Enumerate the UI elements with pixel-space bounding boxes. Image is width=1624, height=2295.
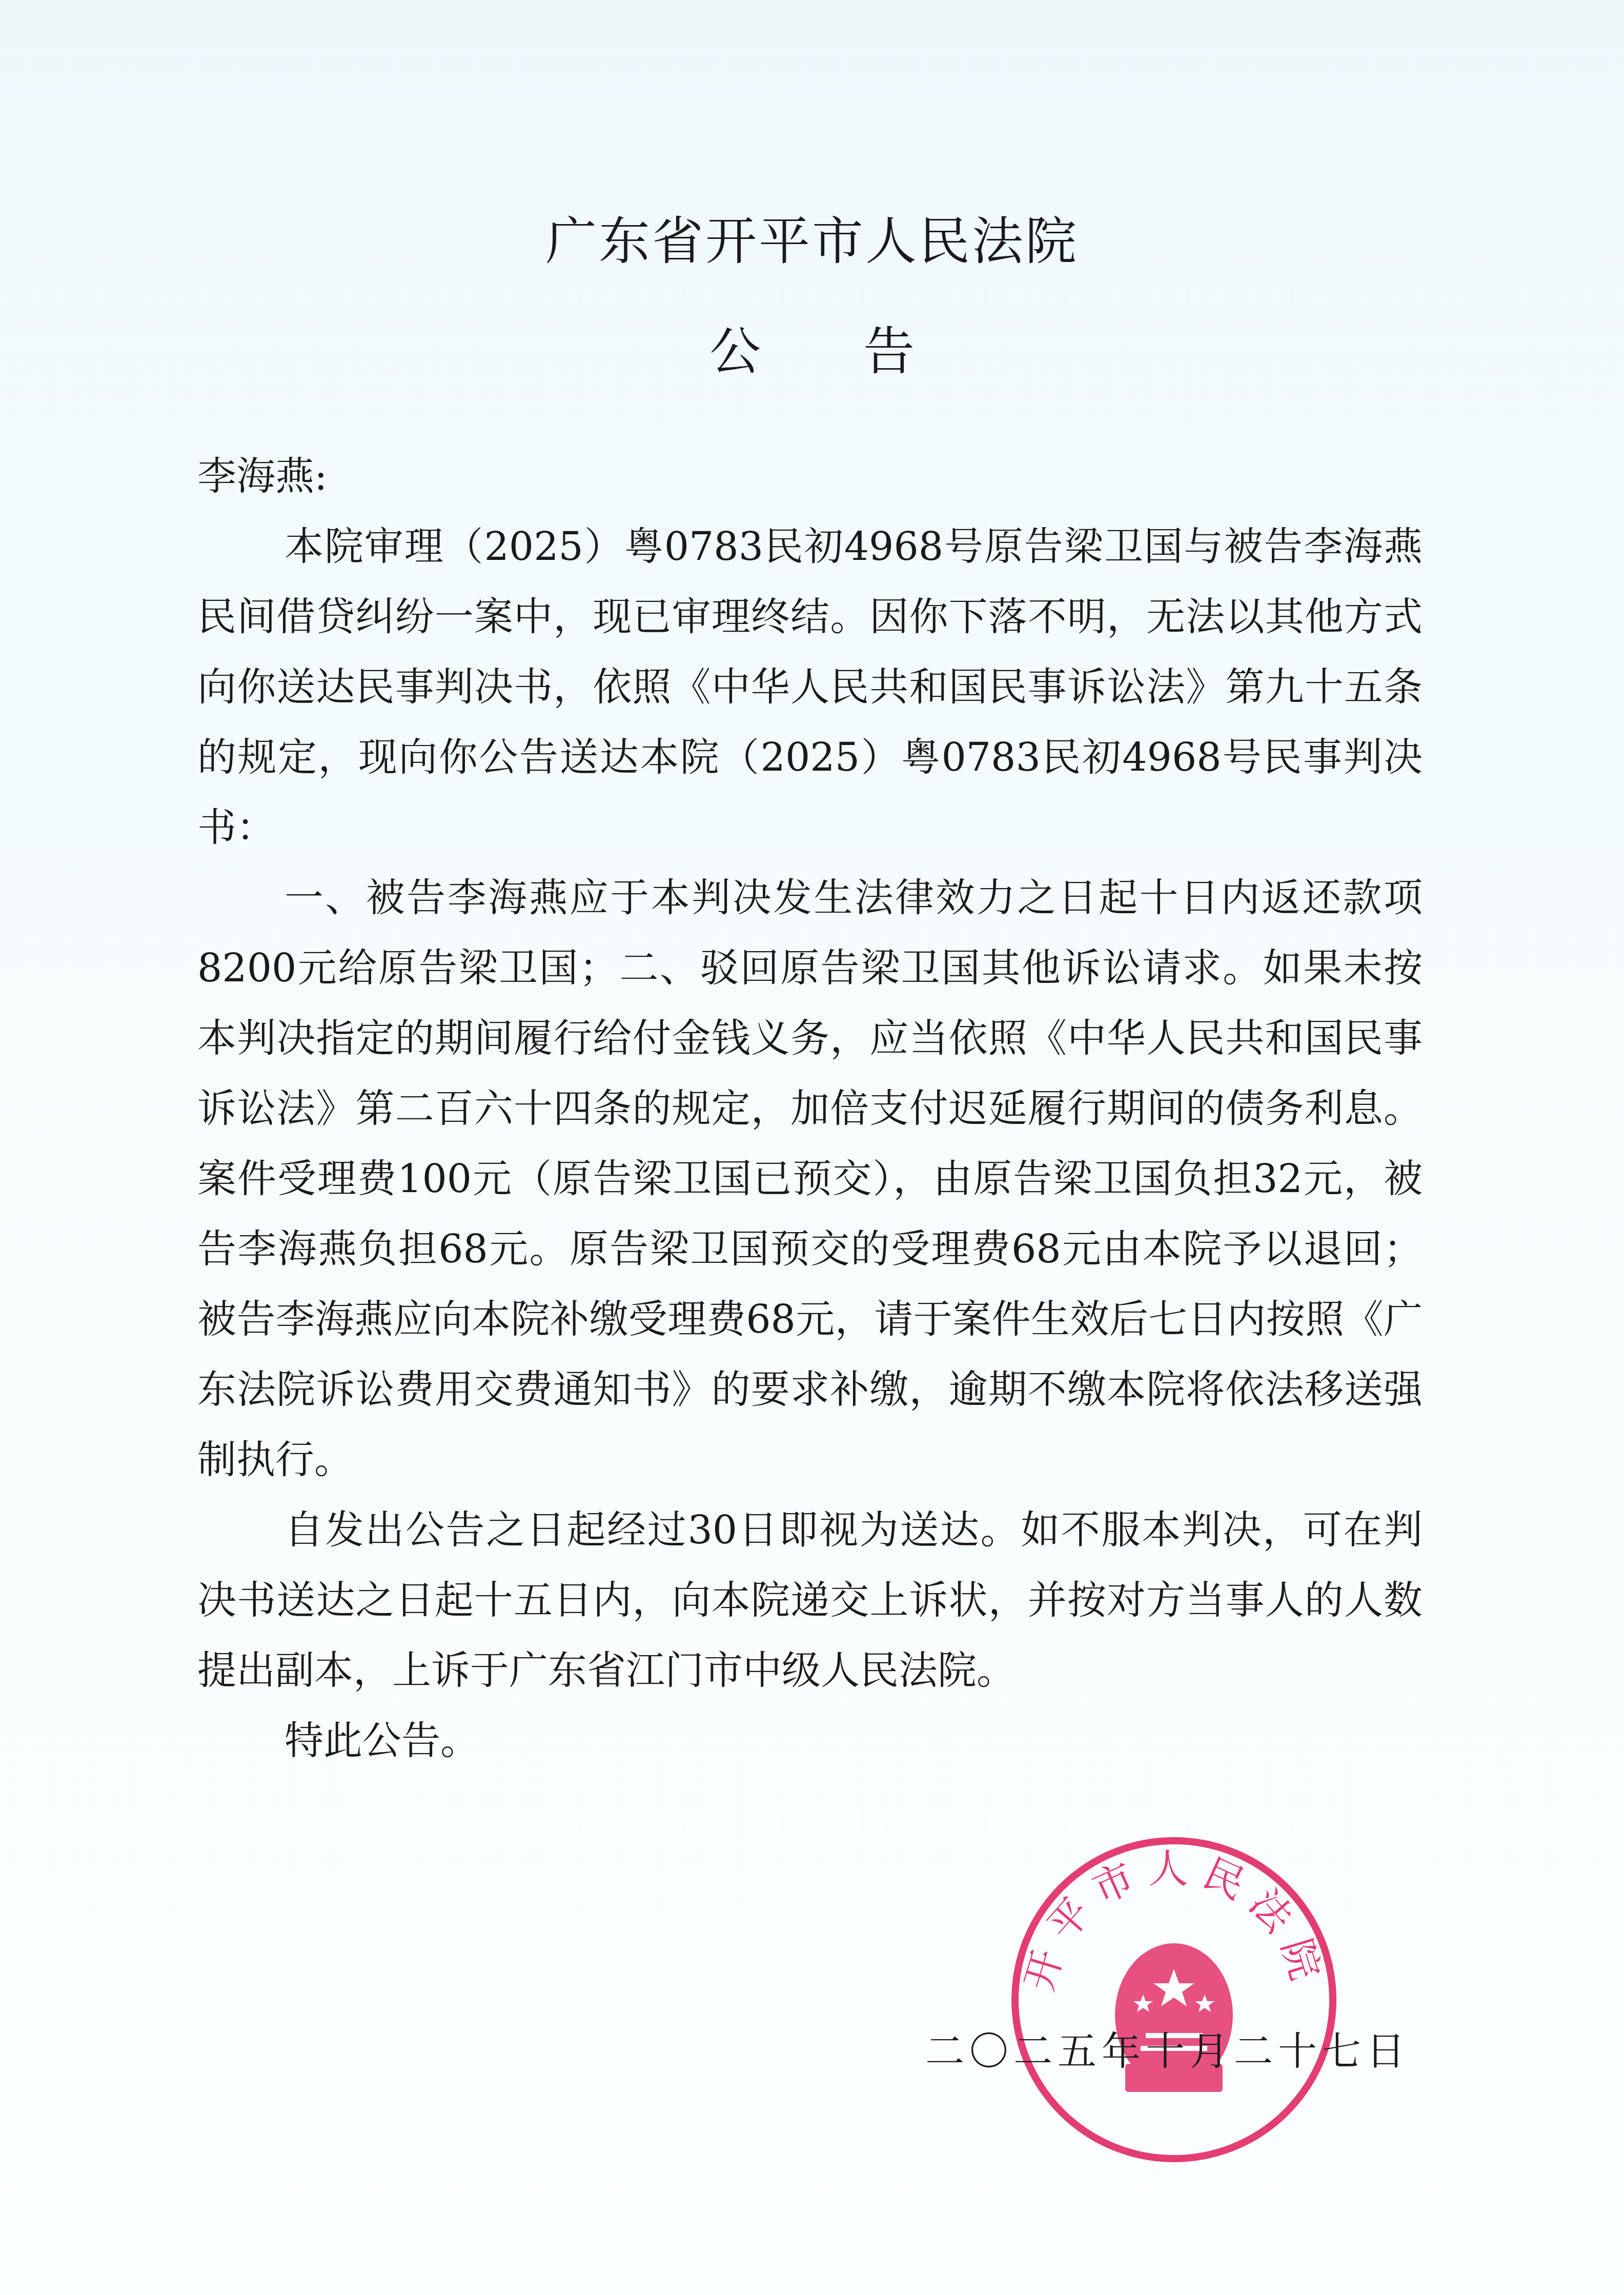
closing-statement: 特此公告。: [197, 1705, 1423, 1776]
court-name-heading: 广东省开平市人民法院: [0, 200, 1624, 274]
document-page: 广东省开平市人民法院 公告 李海燕: 本院审理（2025）粤0783民初4968…: [0, 0, 1624, 2295]
court-seal-icon: 开平市人民法院: [1005, 1830, 1343, 2169]
addressee: 李海燕:: [197, 441, 1423, 511]
document-date: 二〇二五年十月二十七日: [925, 2020, 1410, 2076]
document-type-heading: 公告: [0, 310, 1624, 384]
paragraph-service-appeal: 自发出公告之日起经过30日即视为送达。如不服本判决，可在判决书送达之日起十五日内…: [197, 1495, 1423, 1705]
paragraph-case-notice: 本院审理（2025）粤0783民初4968号原告梁卫国与被告李海燕民间借贷纠纷一…: [197, 511, 1423, 862]
document-body: 李海燕: 本院审理（2025）粤0783民初4968号原告梁卫国与被告李海燕民间…: [197, 441, 1423, 1776]
paragraph-judgment: 一、被告李海燕应于本判决发生法律效力之日起十日内返还款项8200元给原告梁卫国；…: [197, 862, 1423, 1495]
